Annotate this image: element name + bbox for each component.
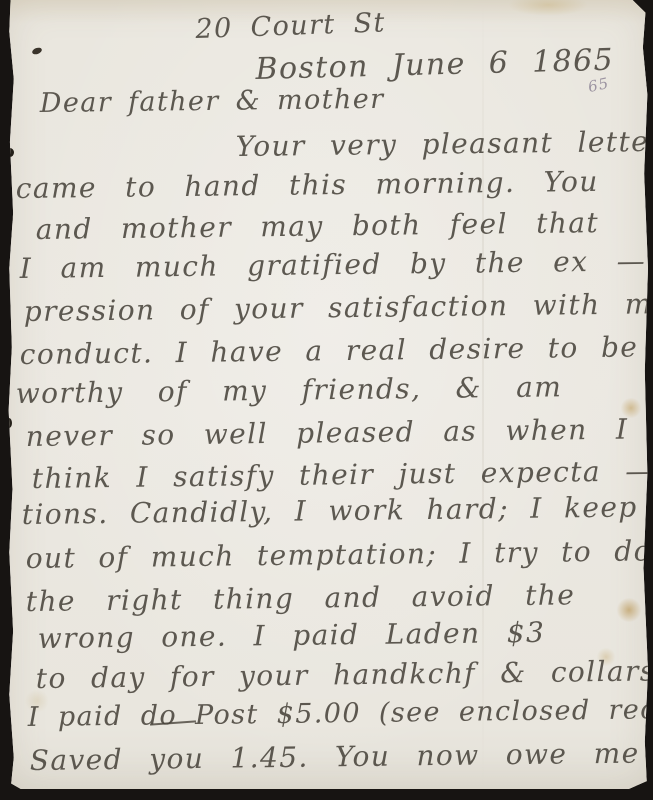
letter-body-line: out of much temptation; I try to do bbox=[26, 534, 648, 575]
letter-body-line: conduct. I have a real desire to be bbox=[20, 330, 639, 371]
letter-body-line: the right thing and avoid the bbox=[26, 578, 576, 618]
letter-body-line: Saved you 1.45. You now owe me bbox=[30, 737, 640, 777]
letter-body-line: wrong one. I paid Laden $3 bbox=[38, 616, 546, 655]
pencil-annotation: 65 bbox=[586, 74, 610, 96]
letter-body-line: never so well pleased as when I bbox=[26, 413, 629, 453]
paper-edge-notch bbox=[8, 418, 12, 428]
letter-body-line: Your very pleasant letter bbox=[236, 125, 648, 163]
letter-body-line: came to hand this morning. You bbox=[16, 165, 599, 205]
letter-body-line: tions. Candidly, I work hard; I keep bbox=[22, 490, 638, 531]
paper-edge-notch bbox=[8, 212, 13, 224]
letter-body-line: I am much gratified by the ex — bbox=[20, 244, 647, 285]
foxing-stain bbox=[508, 0, 588, 16]
letter-dateline: Boston June 6 1865 bbox=[255, 43, 614, 87]
letter-body-line: worthy of my friends, & am bbox=[16, 370, 563, 410]
foxing-stain bbox=[616, 598, 642, 622]
letter-page: 20 Court St Boston June 6 1865 65 Dear f… bbox=[8, 0, 648, 789]
paper-edge-notch bbox=[8, 148, 14, 157]
letter-body-line: to day for your handkchf & collars bbox=[36, 654, 648, 695]
letter-body-line: and mother may both feel that bbox=[36, 206, 600, 246]
scanned-letter: 20 Court St Boston June 6 1865 65 Dear f… bbox=[0, 0, 653, 800]
letter-body-line: I paid do Post $5.00 (see enclosed recpt… bbox=[28, 694, 648, 733]
letter-body-line: think I satisfy their just expecta — bbox=[32, 454, 648, 495]
letter-salutation: Dear father & mother bbox=[40, 84, 385, 119]
ink-speck bbox=[31, 46, 42, 55]
letter-body-line: pression of your satisfaction with my bbox=[24, 287, 648, 328]
letter-address: 20 Court St bbox=[195, 7, 386, 45]
